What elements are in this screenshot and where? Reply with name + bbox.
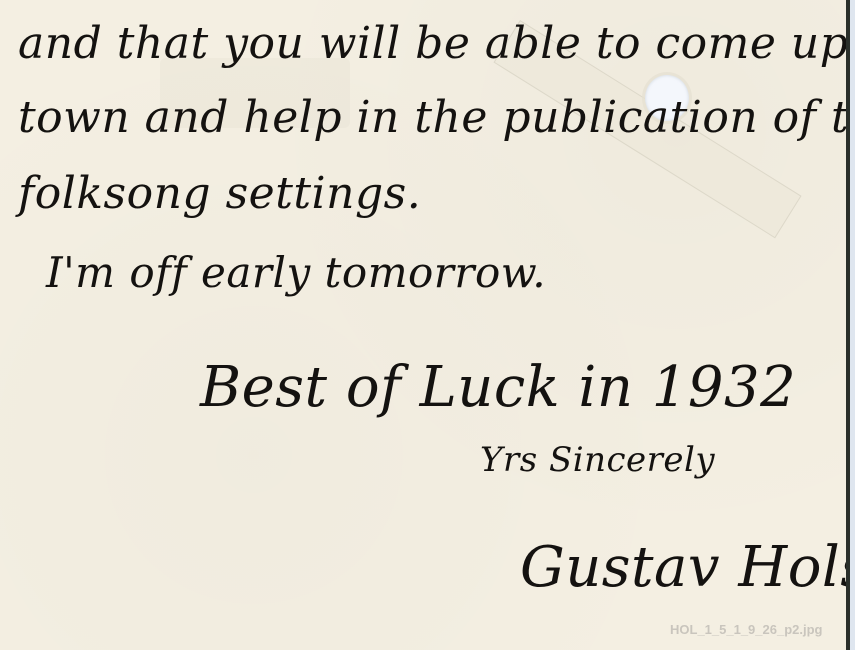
handwritten-line-1: and that you will be able to come up to [18, 18, 846, 69]
scan-background-edge [850, 0, 855, 650]
letter-card: and that you will be able to come up to … [0, 0, 846, 650]
handwritten-line-2: town and help in the publication of thos… [18, 92, 846, 143]
closing-greeting: Best of Luck in 1932 [200, 355, 796, 420]
valediction: Yrs Sincerely [480, 440, 715, 480]
filename-watermark: HOL_1_5_1_9_26_p2.jpg [670, 622, 822, 637]
handwritten-line-3: folksong settings. [18, 168, 421, 219]
signature: Gustav Holst [520, 535, 846, 600]
handwritten-line-4: I'm off early tomorrow. [46, 248, 546, 297]
